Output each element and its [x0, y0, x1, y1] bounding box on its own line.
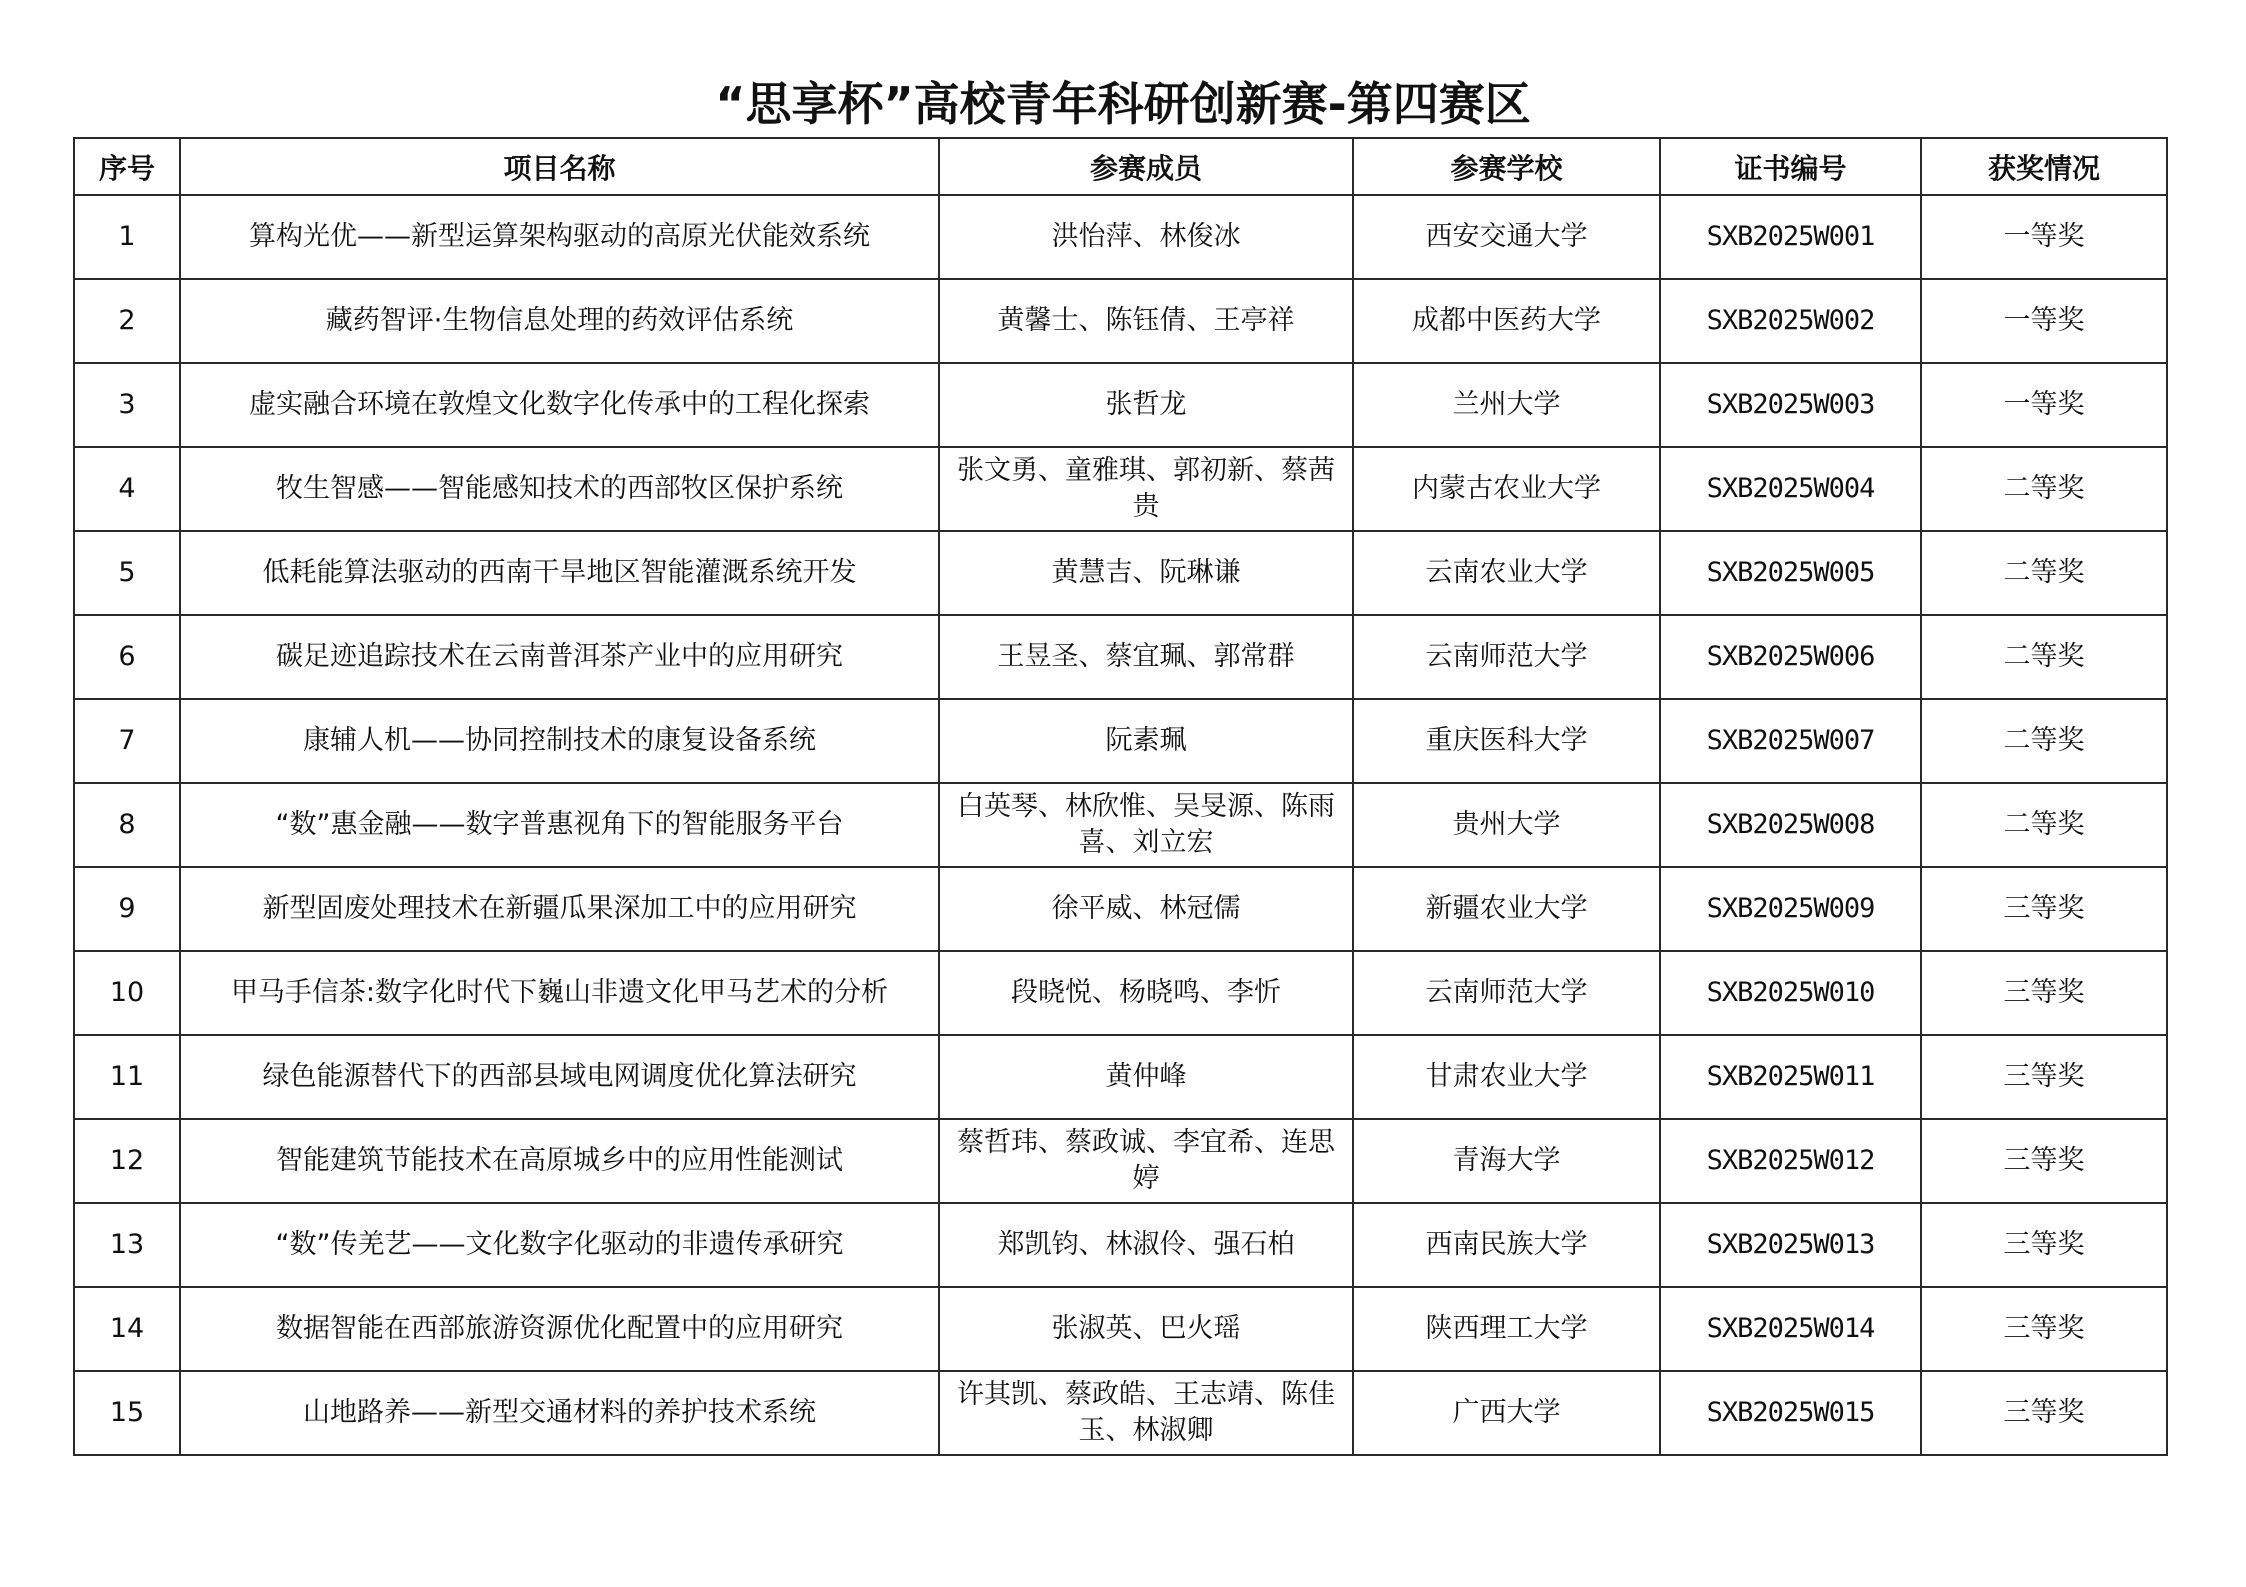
cell-project: 碳足迹追踪技术在云南普洱茶产业中的应用研究 — [180, 615, 939, 699]
cell-project: 算构光优——新型运算架构驱动的高原光伏能效系统 — [180, 195, 939, 279]
cell-school: 内蒙古农业大学 — [1353, 447, 1660, 531]
cell-no: 6 — [74, 615, 180, 699]
cell-award: 二等奖 — [1921, 783, 2167, 867]
cell-no: 14 — [74, 1287, 180, 1371]
cell-project: 甲马手信茶:数字化时代下巍山非遗文化甲马艺术的分析 — [180, 951, 939, 1035]
cell-members: 段晓悦、杨晓鸣、李忻 — [939, 951, 1353, 1035]
table-row: 5低耗能算法驱动的西南干旱地区智能灌溉系统开发黄慧吉、阮琳谦云南农业大学SXB2… — [74, 531, 2167, 615]
cell-no: 3 — [74, 363, 180, 447]
cell-cert: SXB2025W010 — [1660, 951, 1921, 1035]
cell-project: 新型固废处理技术在新疆瓜果深加工中的应用研究 — [180, 867, 939, 951]
cell-award: 一等奖 — [1921, 363, 2167, 447]
cell-cert: SXB2025W012 — [1660, 1119, 1921, 1203]
cell-award: 二等奖 — [1921, 615, 2167, 699]
column-header-members: 参赛成员 — [939, 138, 1353, 195]
cell-members: 张文勇、童雅琪、郭初新、蔡茜贵 — [939, 447, 1353, 531]
table-row: 1算构光优——新型运算架构驱动的高原光伏能效系统洪怡萍、林俊冰西安交通大学SXB… — [74, 195, 2167, 279]
table-row: 6碳足迹追踪技术在云南普洱茶产业中的应用研究王昱圣、蔡宜珮、郭常群云南师范大学S… — [74, 615, 2167, 699]
cell-award: 三等奖 — [1921, 1035, 2167, 1119]
cell-cert: SXB2025W007 — [1660, 699, 1921, 783]
awards-table: 序号 项目名称 参赛成员 参赛学校 证书编号 获奖情况 1算构光优——新型运算架… — [73, 137, 2168, 1456]
cell-award: 一等奖 — [1921, 195, 2167, 279]
cell-cert: SXB2025W009 — [1660, 867, 1921, 951]
column-header-school: 参赛学校 — [1353, 138, 1660, 195]
cell-project: 虚实融合环境在敦煌文化数字化传承中的工程化探索 — [180, 363, 939, 447]
cell-no: 10 — [74, 951, 180, 1035]
table-row: 12智能建筑节能技术在高原城乡中的应用性能测试蔡哲玮、蔡政诚、李宜希、连思婷青海… — [74, 1119, 2167, 1203]
cell-no: 5 — [74, 531, 180, 615]
cell-members: 张哲龙 — [939, 363, 1353, 447]
cell-project: 智能建筑节能技术在高原城乡中的应用性能测试 — [180, 1119, 939, 1203]
cell-award: 一等奖 — [1921, 279, 2167, 363]
cell-members: 郑凯钧、林淑伶、强石柏 — [939, 1203, 1353, 1287]
cell-school: 新疆农业大学 — [1353, 867, 1660, 951]
cell-project: 康辅人机——协同控制技术的康复设备系统 — [180, 699, 939, 783]
table-row: 11绿色能源替代下的西部县域电网调度优化算法研究黄仲峰甘肃农业大学SXB2025… — [74, 1035, 2167, 1119]
cell-cert: SXB2025W004 — [1660, 447, 1921, 531]
cell-project: 藏药智评·生物信息处理的药效评估系统 — [180, 279, 939, 363]
cell-award: 三等奖 — [1921, 1287, 2167, 1371]
cell-school: 广西大学 — [1353, 1371, 1660, 1455]
cell-project: 牧生智感——智能感知技术的西部牧区保护系统 — [180, 447, 939, 531]
cell-no: 9 — [74, 867, 180, 951]
cell-members: 许其凯、蔡政皓、王志靖、陈佳玉、林淑卿 — [939, 1371, 1353, 1455]
cell-project: “数”惠金融——数字普惠视角下的智能服务平台 — [180, 783, 939, 867]
cell-school: 贵州大学 — [1353, 783, 1660, 867]
cell-members: 白英琴、林欣惟、吴旻源、陈雨喜、刘立宏 — [939, 783, 1353, 867]
cell-school: 西南民族大学 — [1353, 1203, 1660, 1287]
table-row: 15山地路养——新型交通材料的养护技术系统许其凯、蔡政皓、王志靖、陈佳玉、林淑卿… — [74, 1371, 2167, 1455]
table-row: 7康辅人机——协同控制技术的康复设备系统阮素珮重庆医科大学SXB2025W007… — [74, 699, 2167, 783]
cell-cert: SXB2025W014 — [1660, 1287, 1921, 1371]
cell-cert: SXB2025W006 — [1660, 615, 1921, 699]
table-row: 8“数”惠金融——数字普惠视角下的智能服务平台白英琴、林欣惟、吴旻源、陈雨喜、刘… — [74, 783, 2167, 867]
cell-members: 黄慧吉、阮琳谦 — [939, 531, 1353, 615]
column-header-award: 获奖情况 — [1921, 138, 2167, 195]
cell-cert: SXB2025W011 — [1660, 1035, 1921, 1119]
cell-no: 7 — [74, 699, 180, 783]
cell-school: 西安交通大学 — [1353, 195, 1660, 279]
cell-members: 阮素珮 — [939, 699, 1353, 783]
table-header-row: 序号 项目名称 参赛成员 参赛学校 证书编号 获奖情况 — [74, 138, 2167, 195]
cell-cert: SXB2025W003 — [1660, 363, 1921, 447]
cell-project: 山地路养——新型交通材料的养护技术系统 — [180, 1371, 939, 1455]
cell-award: 二等奖 — [1921, 447, 2167, 531]
cell-award: 三等奖 — [1921, 1119, 2167, 1203]
cell-members: 张淑英、巴火瑶 — [939, 1287, 1353, 1371]
cell-members: 蔡哲玮、蔡政诚、李宜希、连思婷 — [939, 1119, 1353, 1203]
cell-award: 三等奖 — [1921, 951, 2167, 1035]
cell-project: 数据智能在西部旅游资源优化配置中的应用研究 — [180, 1287, 939, 1371]
cell-members: 洪怡萍、林俊冰 — [939, 195, 1353, 279]
table-row: 2藏药智评·生物信息处理的药效评估系统黄馨士、陈钰倩、王亭祥成都中医药大学SXB… — [74, 279, 2167, 363]
cell-award: 三等奖 — [1921, 867, 2167, 951]
table-row: 3虚实融合环境在敦煌文化数字化传承中的工程化探索张哲龙兰州大学SXB2025W0… — [74, 363, 2167, 447]
cell-no: 2 — [74, 279, 180, 363]
cell-cert: SXB2025W015 — [1660, 1371, 1921, 1455]
table-row: 4牧生智感——智能感知技术的西部牧区保护系统张文勇、童雅琪、郭初新、蔡茜贵内蒙古… — [74, 447, 2167, 531]
cell-school: 云南农业大学 — [1353, 531, 1660, 615]
cell-school: 青海大学 — [1353, 1119, 1660, 1203]
cell-no: 4 — [74, 447, 180, 531]
cell-award: 二等奖 — [1921, 531, 2167, 615]
column-header-no: 序号 — [74, 138, 180, 195]
cell-cert: SXB2025W005 — [1660, 531, 1921, 615]
cell-school: 甘肃农业大学 — [1353, 1035, 1660, 1119]
cell-no: 11 — [74, 1035, 180, 1119]
cell-award: 二等奖 — [1921, 699, 2167, 783]
cell-no: 1 — [74, 195, 180, 279]
cell-award: 三等奖 — [1921, 1371, 2167, 1455]
cell-school: 云南师范大学 — [1353, 951, 1660, 1035]
cell-project: “数”传羌艺——文化数字化驱动的非遗传承研究 — [180, 1203, 939, 1287]
table-row: 10甲马手信茶:数字化时代下巍山非遗文化甲马艺术的分析段晓悦、杨晓鸣、李忻云南师… — [74, 951, 2167, 1035]
table-row: 9新型固废处理技术在新疆瓜果深加工中的应用研究徐平威、林冠儒新疆农业大学SXB2… — [74, 867, 2167, 951]
cell-members: 王昱圣、蔡宜珮、郭常群 — [939, 615, 1353, 699]
table-row: 13“数”传羌艺——文化数字化驱动的非遗传承研究郑凯钧、林淑伶、强石柏西南民族大… — [74, 1203, 2167, 1287]
cell-cert: SXB2025W013 — [1660, 1203, 1921, 1287]
cell-project: 绿色能源替代下的西部县域电网调度优化算法研究 — [180, 1035, 939, 1119]
column-header-cert: 证书编号 — [1660, 138, 1921, 195]
cell-no: 13 — [74, 1203, 180, 1287]
table-row: 14数据智能在西部旅游资源优化配置中的应用研究张淑英、巴火瑶陕西理工大学SXB2… — [74, 1287, 2167, 1371]
cell-no: 12 — [74, 1119, 180, 1203]
cell-project: 低耗能算法驱动的西南干旱地区智能灌溉系统开发 — [180, 531, 939, 615]
cell-school: 兰州大学 — [1353, 363, 1660, 447]
cell-cert: SXB2025W001 — [1660, 195, 1921, 279]
cell-school: 成都中医药大学 — [1353, 279, 1660, 363]
cell-cert: SXB2025W002 — [1660, 279, 1921, 363]
cell-award: 三等奖 — [1921, 1203, 2167, 1287]
cell-cert: SXB2025W008 — [1660, 783, 1921, 867]
cell-no: 8 — [74, 783, 180, 867]
cell-members: 黄仲峰 — [939, 1035, 1353, 1119]
cell-school: 重庆医科大学 — [1353, 699, 1660, 783]
cell-school: 陕西理工大学 — [1353, 1287, 1660, 1371]
column-header-project: 项目名称 — [180, 138, 939, 195]
page-title: “思享杯”高校青年科研创新赛-第四赛区 — [0, 74, 2246, 134]
cell-no: 15 — [74, 1371, 180, 1455]
cell-members: 黄馨士、陈钰倩、王亭祥 — [939, 279, 1353, 363]
cell-school: 云南师范大学 — [1353, 615, 1660, 699]
cell-members: 徐平威、林冠儒 — [939, 867, 1353, 951]
